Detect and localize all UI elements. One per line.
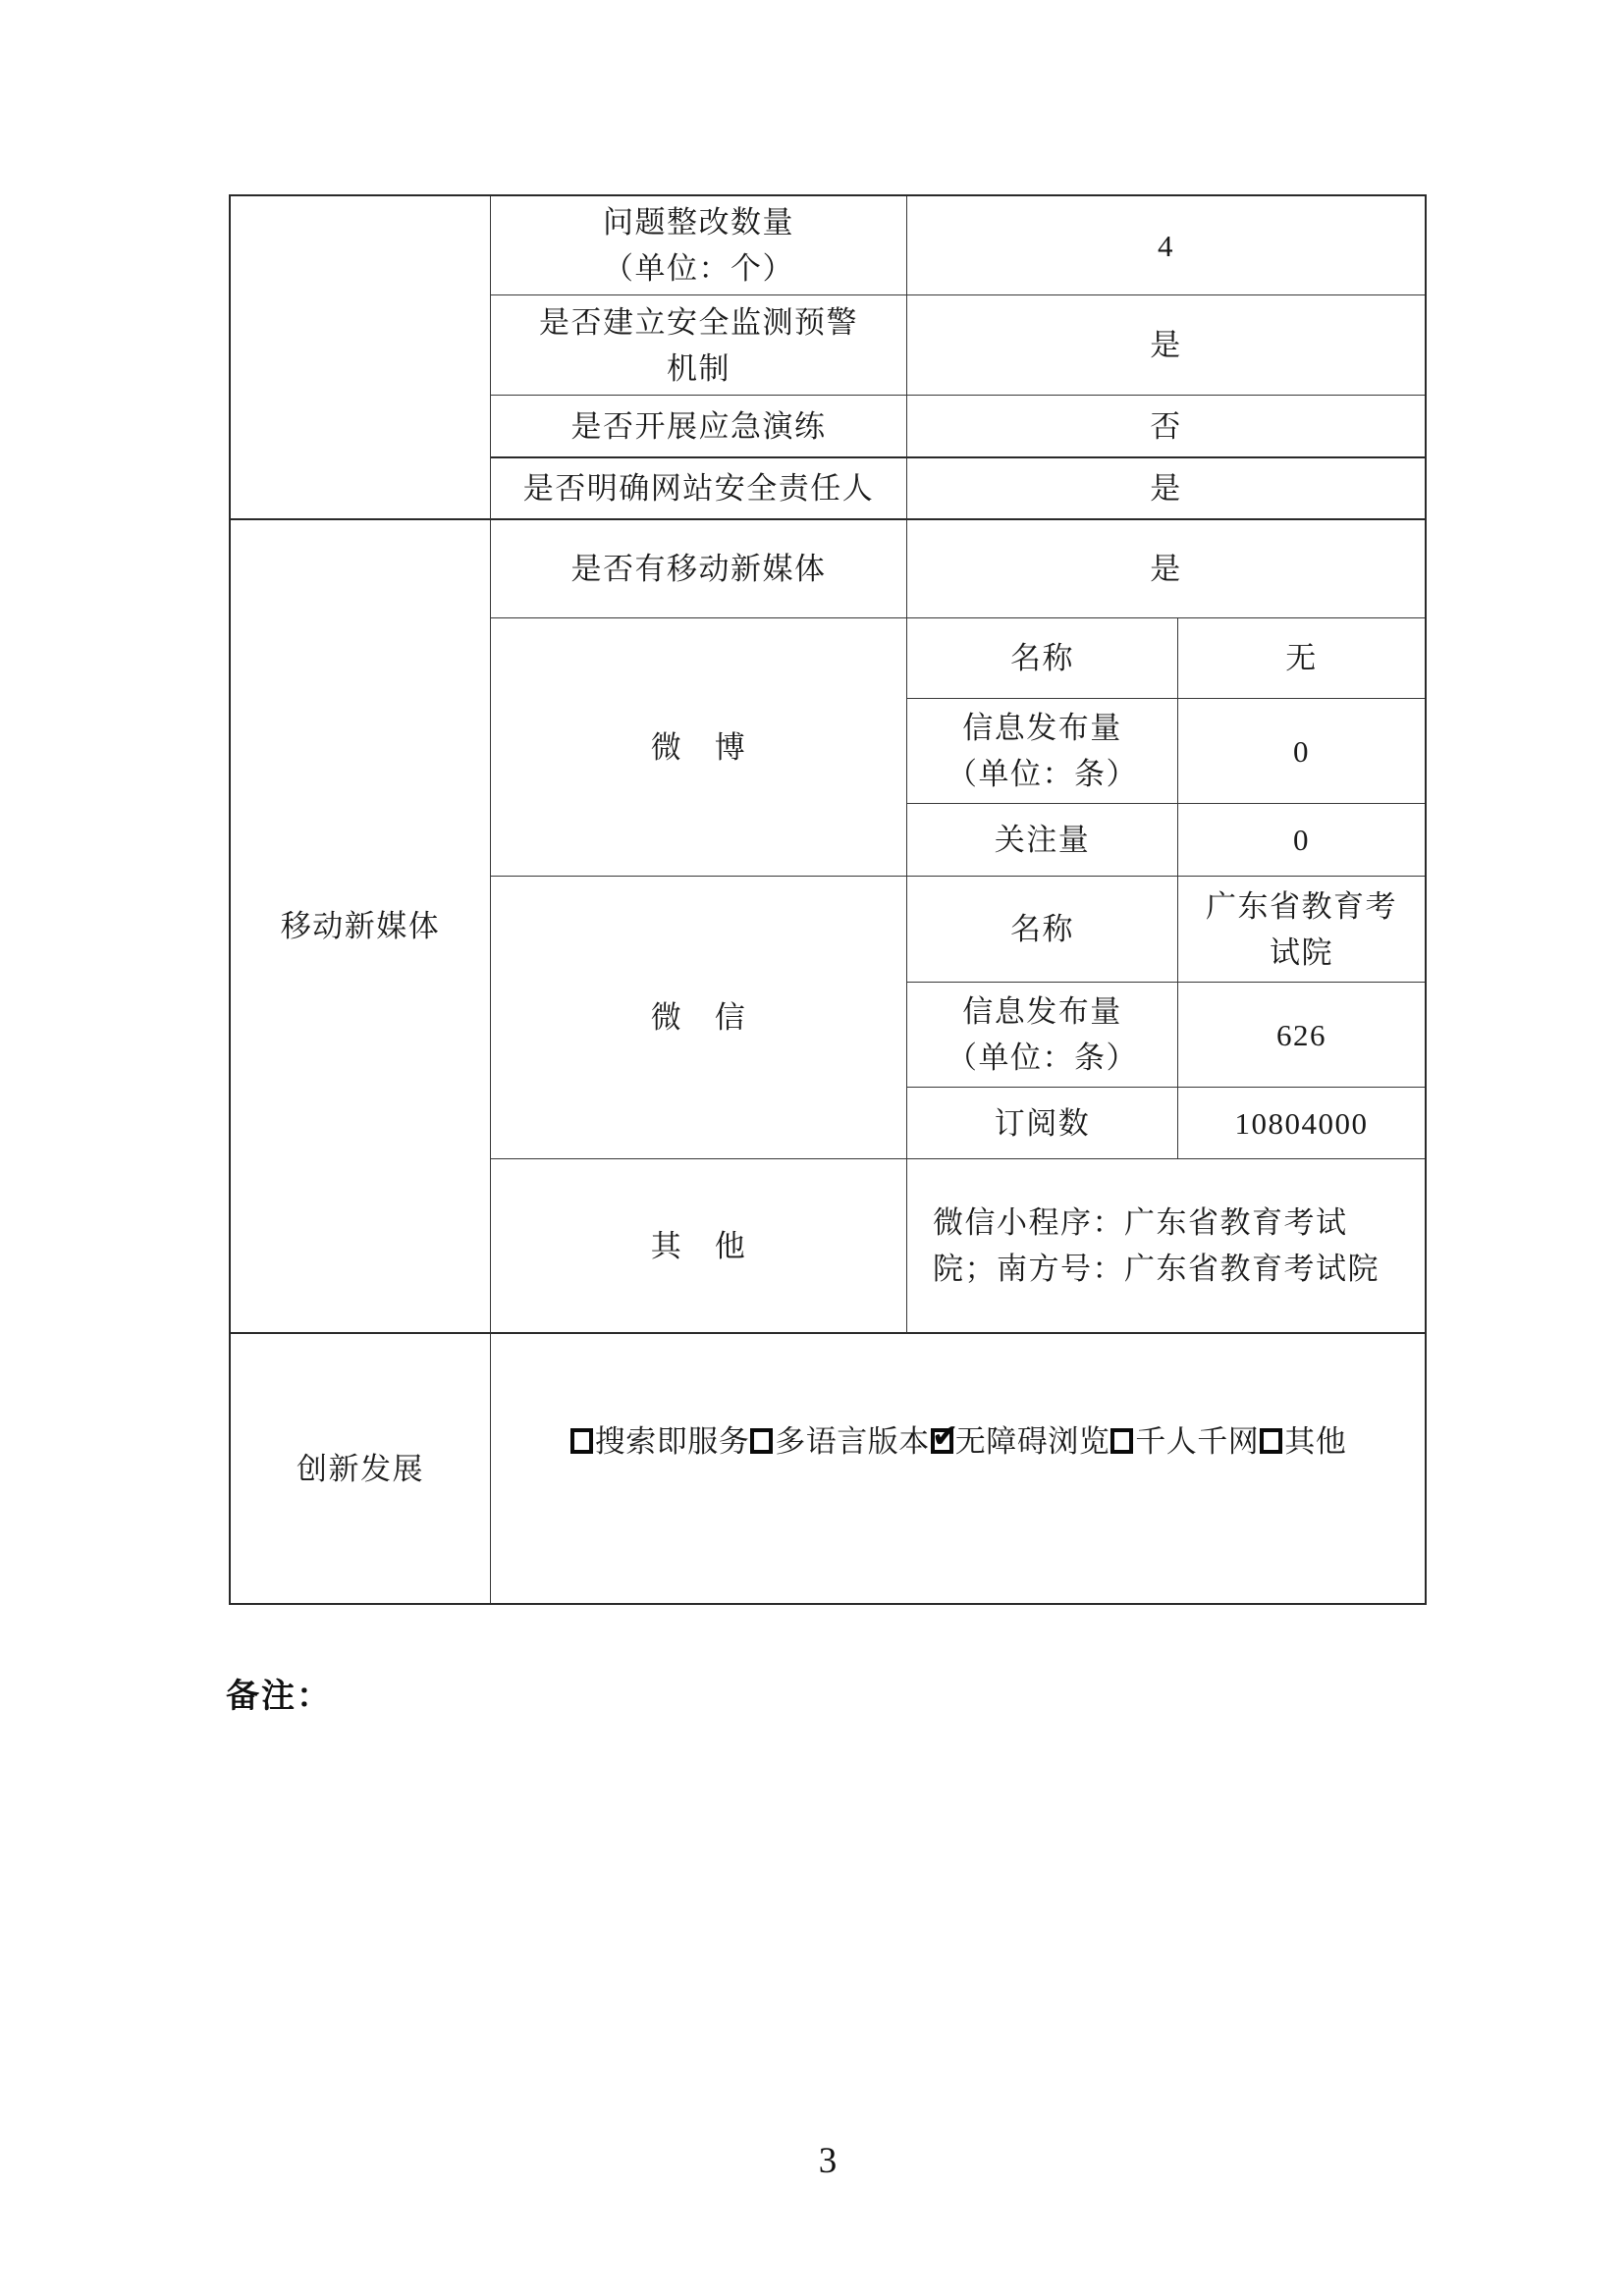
value-wechat-posts: 626 (1178, 983, 1425, 1088)
document-page: 移动新媒体 创新发展 问题整改数量 （单位：个） 4 是否建立安全监测预警 机制… (0, 0, 1624, 2296)
label-weibo: 微 博 (491, 618, 907, 877)
checkbox-icon (931, 1428, 953, 1454)
label-security-monitoring-mechanism: 是否建立安全监测预警 机制 (491, 295, 907, 396)
checkbox-icon (750, 1428, 773, 1454)
notes-label: 备注： (226, 1669, 332, 1717)
label-security-responsible-person: 是否明确网站安全责任人 (491, 458, 907, 520)
checkbox-search-as-service: 搜索即服务 (569, 1418, 750, 1465)
category-cell-security-empty (231, 196, 491, 520)
label-emergency-drill: 是否开展应急演练 (491, 396, 907, 458)
checkbox-icon (1110, 1428, 1133, 1454)
label-weibo-name: 名称 (907, 618, 1178, 699)
label-weibo-followers: 关注量 (907, 804, 1178, 877)
page-number: 3 (819, 2140, 838, 2182)
checkbox-other: 其他 (1259, 1418, 1346, 1465)
checkbox-accessibility: 无障碍浏览 (930, 1418, 1110, 1465)
checkbox-label: 搜索即服务 (595, 1418, 750, 1465)
label-wechat-name: 名称 (907, 877, 1178, 983)
value-wechat-subscribers: 10804000 (1178, 1088, 1425, 1159)
value-wechat-name: 广东省教育考 试院 (1178, 877, 1425, 983)
label-other-media: 其 他 (491, 1159, 907, 1334)
report-table: 移动新媒体 创新发展 问题整改数量 （单位：个） 4 是否建立安全监测预警 机制… (229, 194, 1427, 1605)
value-weibo-followers: 0 (1178, 804, 1425, 877)
value-other-media: 微信小程序：广东省教育考试 院；南方号：广东省教育考试院 (907, 1159, 1425, 1334)
checkbox-label: 其他 (1284, 1418, 1346, 1465)
checkbox-icon (570, 1428, 593, 1454)
value-weibo-posts: 0 (1178, 699, 1425, 804)
category-cell-innovation: 创新发展 (231, 1334, 491, 1603)
innovation-options-cell: 搜索即服务多语言版本无障碍浏览千人千网其他 (491, 1334, 1425, 1603)
value-weibo-name: 无 (1178, 618, 1425, 699)
checkbox-icon (1260, 1428, 1282, 1454)
label-wechat-posts: 信息发布量 （单位：条） (907, 983, 1178, 1088)
label-wechat-subscribers: 订阅数 (907, 1088, 1178, 1159)
value-emergency-drill: 否 (907, 396, 1425, 458)
label-weibo-posts: 信息发布量 （单位：条） (907, 699, 1178, 804)
label-has-mobile-media: 是否有移动新媒体 (491, 520, 907, 618)
value-security-monitoring-mechanism: 是 (907, 295, 1425, 396)
checkbox-personalized-web: 千人千网 (1110, 1418, 1259, 1465)
value-has-mobile-media: 是 (907, 520, 1425, 618)
checkbox-label: 多语言版本 (775, 1418, 930, 1465)
label-issue-rectification-count: 问题整改数量 （单位：个） (491, 196, 907, 295)
label-wechat: 微 信 (491, 877, 907, 1159)
category-cell-mobile-media: 移动新媒体 (231, 520, 491, 1334)
checkbox-label: 千人千网 (1135, 1418, 1259, 1465)
checkbox-label: 无障碍浏览 (955, 1418, 1110, 1465)
checkbox-multilingual: 多语言版本 (749, 1418, 930, 1465)
value-issue-rectification-count: 4 (907, 196, 1425, 295)
value-security-responsible-person: 是 (907, 458, 1425, 520)
